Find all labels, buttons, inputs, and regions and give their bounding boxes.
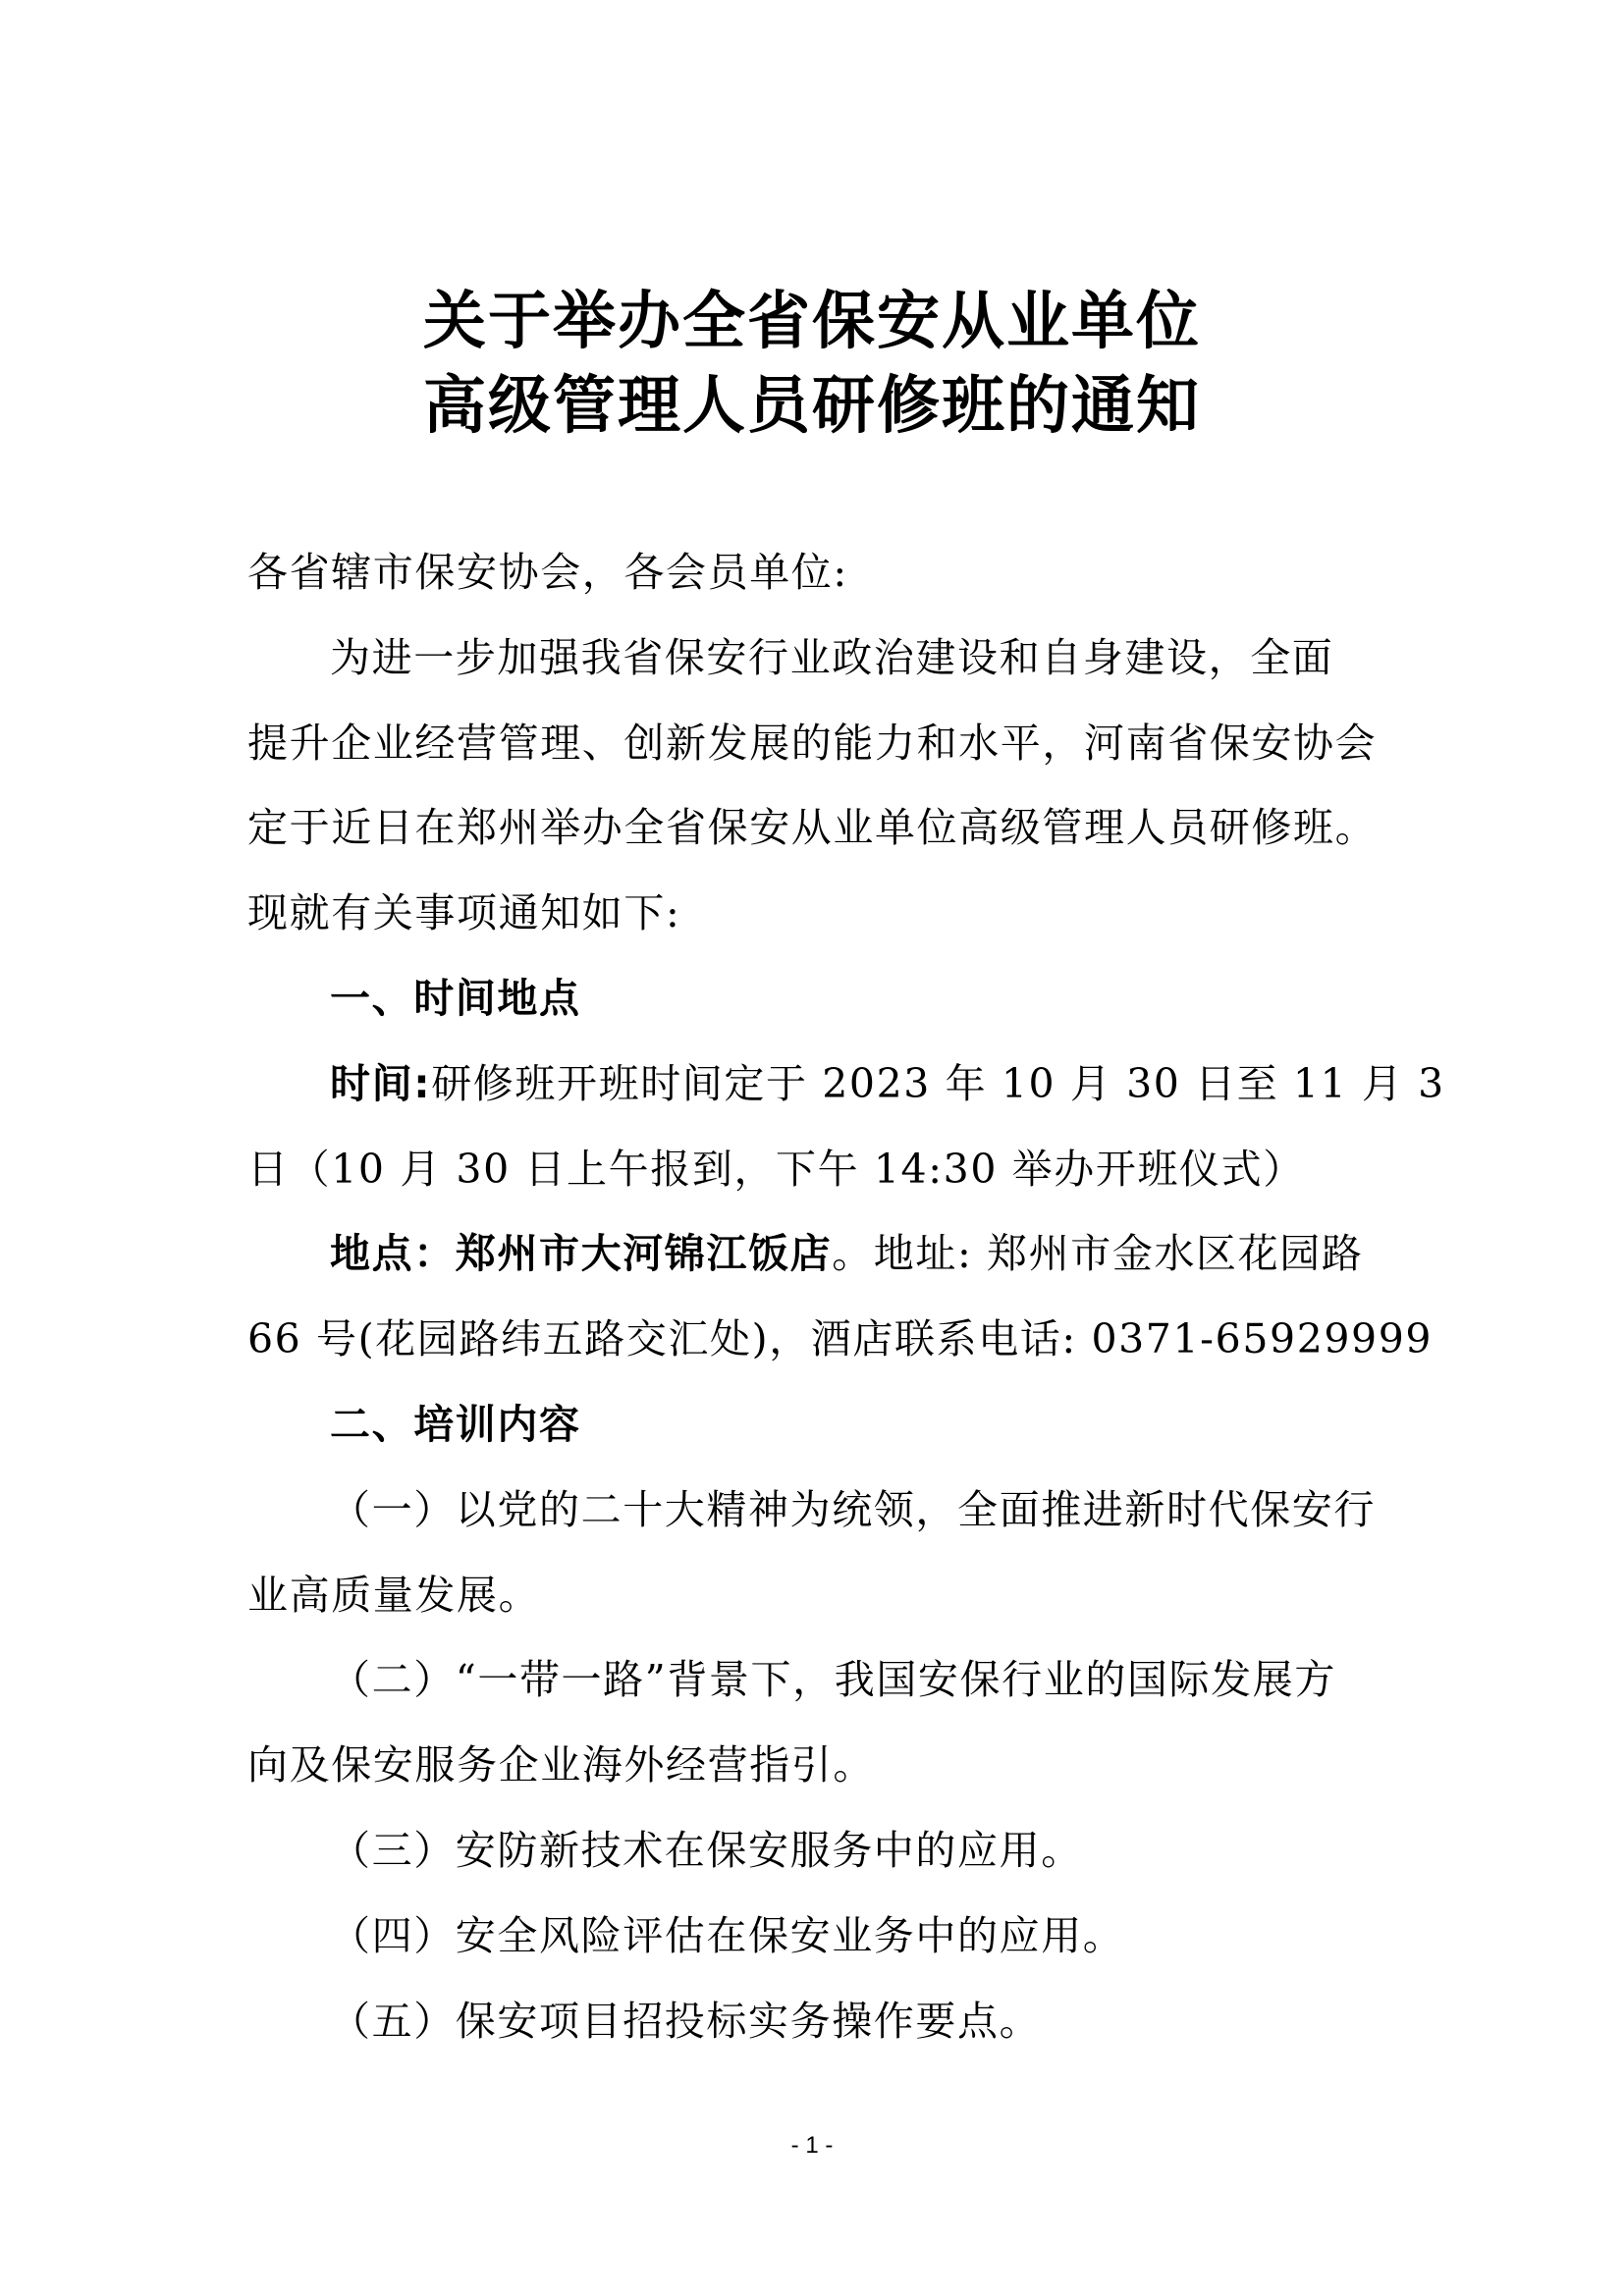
place-address: 。地址: 郑州市金水区花园路 <box>832 1230 1363 1277</box>
training-item-2-line-2: 向及保安服务企业海外经营指引。 <box>247 1723 1386 1808</box>
time-paragraph-line-2: 日（10 月 30 日上午报到，下午 14:30 举办开班仪式） <box>247 1127 1386 1212</box>
section-heading-training-content: 二、培训内容 <box>247 1382 1386 1468</box>
title-line-1: 关于举办全省保安从业单位 <box>0 280 1624 364</box>
training-item-5: （五）保安项目招投标实务操作要点。 <box>247 1979 1386 2064</box>
document-title: 关于举办全省保安从业单位 高级管理人员研修班的通知 <box>0 280 1624 449</box>
training-item-1-line-2: 业高质量发展。 <box>247 1553 1386 1638</box>
document-body: 各省辖市保安协会，各会员单位: 为进一步加强我省保安行业政治建设和自身建设，全面… <box>247 530 1386 2063</box>
place-label: 地点：郑州市大河锦江饭店 <box>330 1230 832 1277</box>
salutation: 各省辖市保安协会，各会员单位: <box>247 530 1386 615</box>
intro-line-4: 现就有关事项通知如下: <box>247 871 1386 956</box>
place-paragraph-line-2: 66 号(花园路纬五路交汇处)，酒店联系电话: 0371-65929999 <box>247 1297 1386 1382</box>
place-paragraph-line-1: 地点：郑州市大河锦江饭店。地址: 郑州市金水区花园路 <box>247 1211 1386 1297</box>
title-line-2: 高级管理人员研修班的通知 <box>0 364 1624 449</box>
page-number: - 1 - <box>0 2132 1624 2160</box>
time-text: 研修班开班时间定于 2023 年 10 月 30 日至 11 月 3 <box>431 1060 1445 1107</box>
document-page: 关于举办全省保安从业单位 高级管理人员研修班的通知 各省辖市保安协会，各会员单位… <box>0 0 1624 2296</box>
training-item-3: （三）安防新技术在保安服务中的应用。 <box>247 1808 1386 1894</box>
time-label: 时间: <box>330 1060 431 1107</box>
intro-line-1: 为进一步加强我省保安行业政治建设和自身建设，全面 <box>247 615 1386 701</box>
intro-line-2: 提升企业经营管理、创新发展的能力和水平，河南省保安协会 <box>247 701 1386 786</box>
training-item-4: （四）安全风险评估在保安业务中的应用。 <box>247 1894 1386 1979</box>
time-paragraph-line-1: 时间:研修班开班时间定于 2023 年 10 月 30 日至 11 月 3 <box>247 1041 1386 1127</box>
training-item-1-line-1: （一）以党的二十大精神为统领，全面推进新时代保安行 <box>247 1468 1386 1553</box>
intro-line-3: 定于近日在郑州举办全省保安从业单位高级管理人员研修班。 <box>247 785 1386 871</box>
section-heading-time-place: 一、时间地点 <box>247 956 1386 1041</box>
training-item-2-line-1: （二）“一带一路”背景下，我国安保行业的国际发展方 <box>247 1637 1386 1723</box>
